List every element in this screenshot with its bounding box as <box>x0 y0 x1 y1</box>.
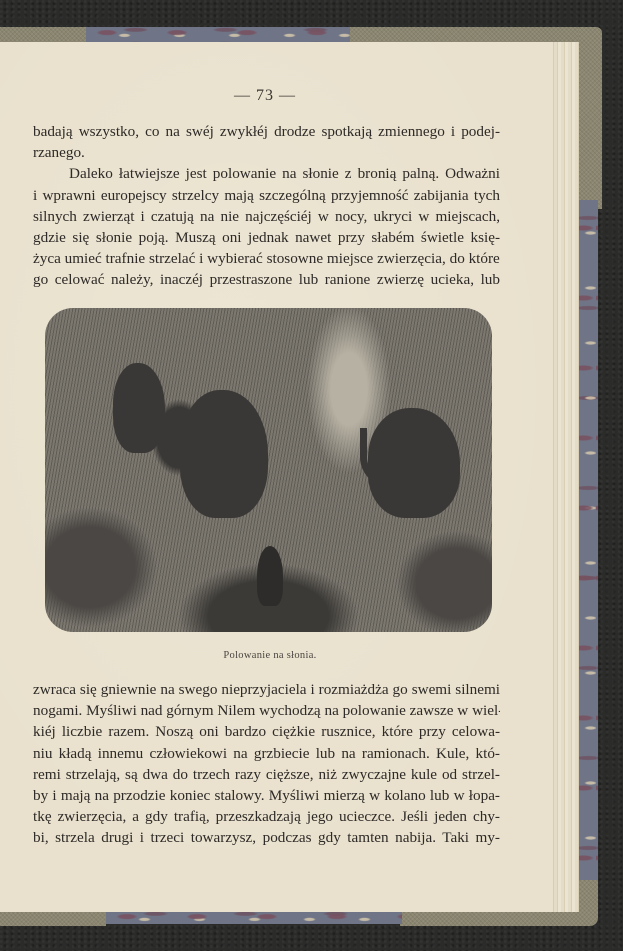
hunter-figure <box>257 546 283 606</box>
body-text-bottom: zwraca się gniewnie na swego nieprzyjaci… <box>33 679 500 849</box>
page-edges <box>553 42 579 912</box>
text-line: zwraca się gniewnie na swego nieprzyjaci… <box>33 679 500 700</box>
text-line: nogami. Myśliwi nad górnym Nilem wychodz… <box>33 700 500 721</box>
marbled-endpaper-bottom <box>106 911 402 924</box>
body-text-top: badają wszystko, co na swéj zwykłéj drod… <box>33 121 500 291</box>
binding-cloth-top-left <box>0 27 86 43</box>
marbled-endpaper-right <box>578 200 598 890</box>
text-line: go celować należy, inaczéj przestraszone… <box>33 269 500 290</box>
page-number: — 73 — <box>0 87 530 105</box>
illustration-caption: Polowanie na słonia. <box>0 650 540 661</box>
elephant-trunk <box>360 428 397 487</box>
text-line: bi, strzela drugi i trzeci towarzysz, po… <box>33 827 500 848</box>
text-line: niu kładą innemu człowiekowi na grzbieci… <box>33 743 500 764</box>
text-line: kiéj liczbie razem. Noszą oni bardzo cię… <box>33 721 500 742</box>
text-line-paragraph-start: Daleko łatwiejsze jest polowanie na słon… <box>33 163 500 184</box>
binding-cloth-bottom-left <box>0 911 106 926</box>
marbled-endpaper-top <box>86 27 350 43</box>
text-line: by i mają na przodzie koniec stalowy. My… <box>33 785 500 806</box>
elephant-left-figure <box>113 363 165 453</box>
text-line: i wprawni europejscy strzelcy mają szcze… <box>33 185 500 206</box>
text-line: silnych zwierząt i czatują na nie najczę… <box>33 206 500 227</box>
text-line: remi strzelają, są dwa do trzech razy ci… <box>33 764 500 785</box>
text-line: tkę zwierzęcia, a gdy trafią, przeszkadz… <box>33 806 500 827</box>
binding-cloth-top-right <box>350 27 602 43</box>
binding-cloth-right-top <box>578 27 602 209</box>
text-line: rzanego. <box>33 142 500 163</box>
text-line: życa umieć trafnie strzelać i wybierać s… <box>33 248 500 269</box>
elephant-hunt-engraving <box>45 308 492 632</box>
elephant-center-figure <box>180 390 268 518</box>
text-line: badają wszystko, co na swéj zwykłéj drod… <box>33 121 500 142</box>
text-line: gdzie się słonie poją. Muszą oni jednak … <box>33 227 500 248</box>
